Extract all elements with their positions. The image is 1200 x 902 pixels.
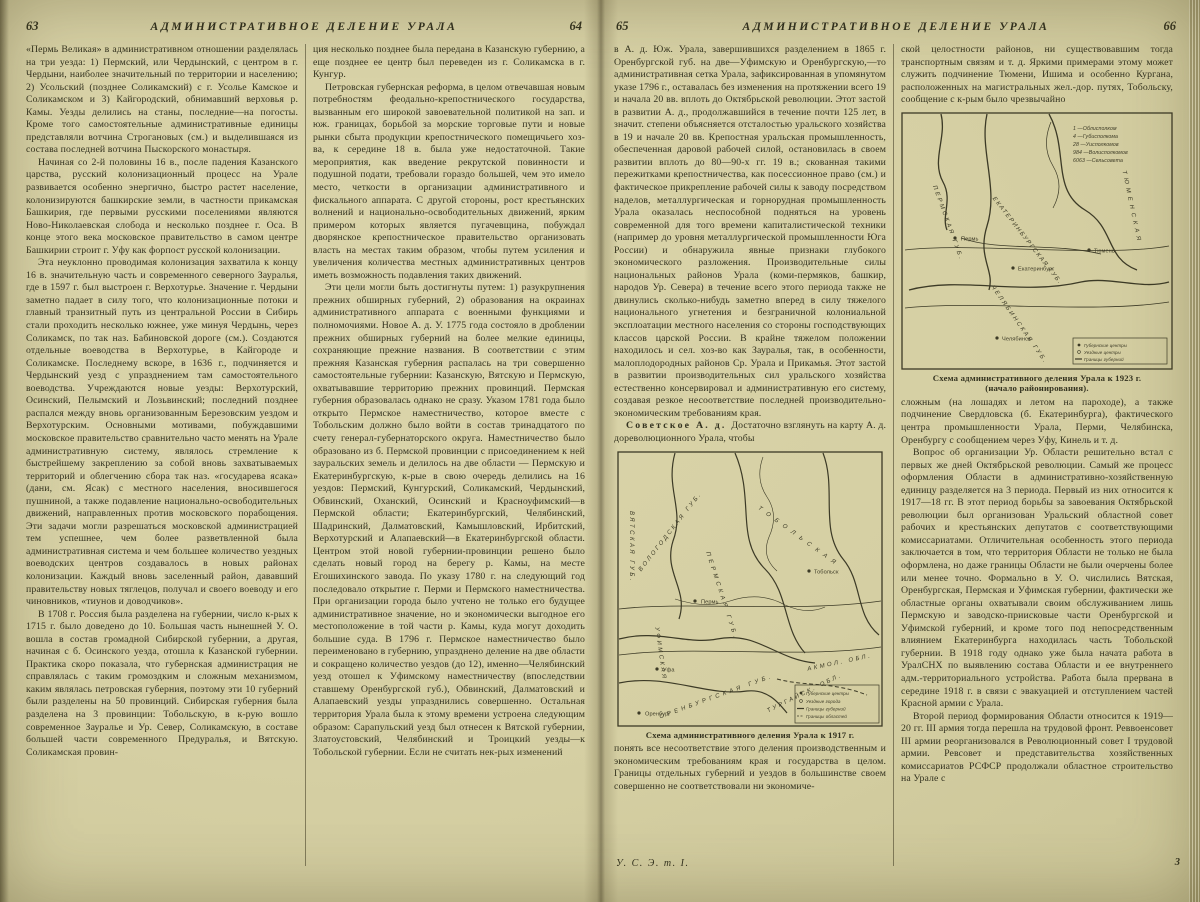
legend-item: Уездные центры [1084,350,1122,355]
region-label: ЕКАТЕРИНБУРГСКАЯ ГУБ. [991,196,1063,286]
column-3: в А. д. Юж. Урала, завершившихся разделе… [614,44,886,872]
page-number-63: 63 [26,19,66,34]
column-rule [893,44,894,866]
region-label: ТОБОЛЬСКАЯ [757,505,842,569]
run-in-heading: Советское А. д. [626,420,731,431]
page-number-66: 66 [1136,19,1176,34]
city-label: Уфа [663,667,675,673]
right-page-columns: в А. д. Юж. Урала, завершившихся разделе… [614,44,1173,872]
map-1923-caption-line2: (начало районирования). [901,383,1173,394]
city-label: Оренбург [645,711,670,717]
map-1917-figure: ВОЛОГОДСКАЯ ГУБ. ВЯТСКАЯ ГУБ. ТОБОЛЬСКАЯ… [614,451,886,741]
legend-city-icon [800,691,803,694]
signature-mark: 3 [1175,857,1180,868]
paragraph: Вопрос об организации Ур. Области решите… [901,447,1173,710]
page-number-65: 65 [616,19,656,34]
map-stats: 1 —Облисполком 4 —Губисполкома 28 —Уиспо… [1072,126,1128,164]
map-borders [619,453,881,713]
paragraph: В 1708 г. Россия была разделена на губер… [26,609,298,760]
paragraph: сложным (на лошадях и летом на пароходе)… [901,397,1173,447]
legend-town-icon [800,699,803,702]
city-label: Тобольск [814,569,839,575]
map-1923-caption: Схема административного деления Урала к … [901,373,1173,394]
press-mark: У. С. Э. т. I. [616,858,690,869]
legend-item: Границы губерний [806,706,846,711]
city-dot-icon [1011,266,1014,269]
left-page-edge [0,0,9,902]
map-1917: ВОЛОГОДСКАЯ ГУБ. ВЯТСКАЯ ГУБ. ТОБОЛЬСКАЯ… [617,451,883,727]
left-page-columns: «Пермь Великая» в административном отнош… [26,44,585,872]
legend-item: Губернские центры [806,691,850,696]
running-title: АДМИНИСТРАТИВНОЕ ДЕЛЕНИЕ УРАЛА [66,21,542,33]
map-frame [902,113,1172,369]
paragraph: «Пермь Великая» в административном отнош… [26,44,298,157]
map-1917-caption: Схема административного деления Урала к … [614,730,886,741]
city-dot-icon [995,336,998,339]
book-spread: 63 АДМИНИСТРАТИВНОЕ ДЕЛЕНИЕ УРАЛА 64 «Пе… [0,0,1200,902]
legend-item: Границы губерний [1084,357,1124,362]
paragraph: Петровская губернская реформа, в целом о… [313,82,585,283]
region-label: ПЕРМСКАЯ ГУБ. [704,551,738,641]
map-1923: 1 —Облисполком 4 —Губисполкома 28 —Уиспо… [901,112,1173,370]
paragraph: понять все несоответствие этого деления … [614,743,886,793]
stat-line: 984 —Волисполкомов [1073,150,1128,156]
paragraph: Начиная со 2-й половины 16 в., после пад… [26,157,298,257]
city-label: Тюмень [1094,248,1115,254]
legend-town-icon [1078,350,1081,353]
paragraph: ской целостности районов, ни существовав… [901,44,1173,107]
legend-item: Границы областей [806,714,847,719]
stat-line: 28 —Уисполкомов [1072,142,1119,148]
region-label: ЧЕЛЯБИНСКАЯ ГУБ. [989,284,1048,365]
page-header-left: 63 АДМИНИСТРАТИВНОЕ ДЕЛЕНИЕ УРАЛА 64 [26,19,582,34]
paragraph: Эти цели могли быть достигнуты путем: 1)… [313,282,585,759]
map-region-labels: ВОЛОГОДСКАЯ ГУБ. ВЯТСКАЯ ГУБ. ТОБОЛЬСКАЯ… [628,490,873,719]
stat-line: 1 —Облисполком [1073,126,1117,132]
page-header-right: 65 АДМИНИСТРАТИВНОЕ ДЕЛЕНИЕ УРАЛА 66 [616,19,1176,34]
column-4: ской целостности районов, ни существовав… [901,44,1173,872]
city-label: Екатеринбург [1018,266,1054,272]
city-label: Челябинск [1002,336,1031,342]
city-label: Пермь [701,599,719,605]
map-legend: Губернские центры Уездные города Границы… [795,685,879,723]
page-number-64: 64 [542,19,582,34]
column-3-bottom-text: понять все несоответствие этого деления … [614,743,886,793]
legend-item: Губернские центры [1084,343,1128,348]
legend-city-icon [1078,343,1081,346]
paragraph: Советское А. д. Достаточно взглянуть на … [614,420,886,445]
map-1923-caption-line1: Схема административного деления Урала к … [901,373,1173,384]
city-dot-icon [655,667,658,670]
page-left: 63 АДМИНИСТРАТИВНОЕ ДЕЛЕНИЕ УРАЛА 64 «Пе… [0,0,600,902]
city-dot-icon [953,236,956,239]
map-1923-figure: 1 —Облисполком 4 —Губисполкома 28 —Уиспо… [901,112,1173,394]
page-right: 65 АДМИНИСТРАТИВНОЕ ДЕЛЕНИЕ УРАЛА 66 в А… [600,0,1200,902]
stat-line: 4 —Губисполкома [1073,134,1118,140]
region-label: ОРЕНБУРГСКАЯ ГУБ. [659,673,775,720]
legend-item: Уездные города [806,699,841,704]
region-label: АКМОЛ. ОБЛ. [806,653,873,673]
paragraph: ция несколько позднее была передана в Ка… [313,44,585,82]
column-4-bottom-text: сложным (на лошадях и летом на пароходе)… [901,397,1173,786]
right-page-edges [1189,0,1200,902]
region-label: ВЯТСКАЯ ГУБ. [628,511,634,583]
city-label: Пермь [961,236,979,242]
paragraph: Эта неуклонно проводимая колонизация зах… [26,257,298,608]
city-dot-icon [637,711,640,714]
column-rule [305,44,306,866]
paragraph: Второй период формирования Области относ… [901,711,1173,786]
stat-line: 6063 —Сельсовета [1073,158,1123,164]
column-1: «Пермь Великая» в административном отнош… [26,44,298,872]
paragraph: в А. д. Юж. Урала, завершившихся разделе… [614,44,886,420]
column-3-top-text: в А. д. Юж. Урала, завершившихся разделе… [614,44,886,446]
column-4-top-text: ской целостности районов, ни существовав… [901,44,1173,107]
city-dot-icon [693,599,696,602]
running-title: АДМИНИСТРАТИВНОЕ ДЕЛЕНИЕ УРАЛА [656,21,1136,33]
column-2: ция несколько позднее была передана в Ка… [313,44,585,872]
map-legend: Губернские центры Уездные центры Границы… [1073,338,1167,364]
city-dot-icon [1087,248,1090,251]
city-dot-icon [807,569,810,572]
region-label: ТЮМЕНСКАЯ [1121,170,1142,245]
